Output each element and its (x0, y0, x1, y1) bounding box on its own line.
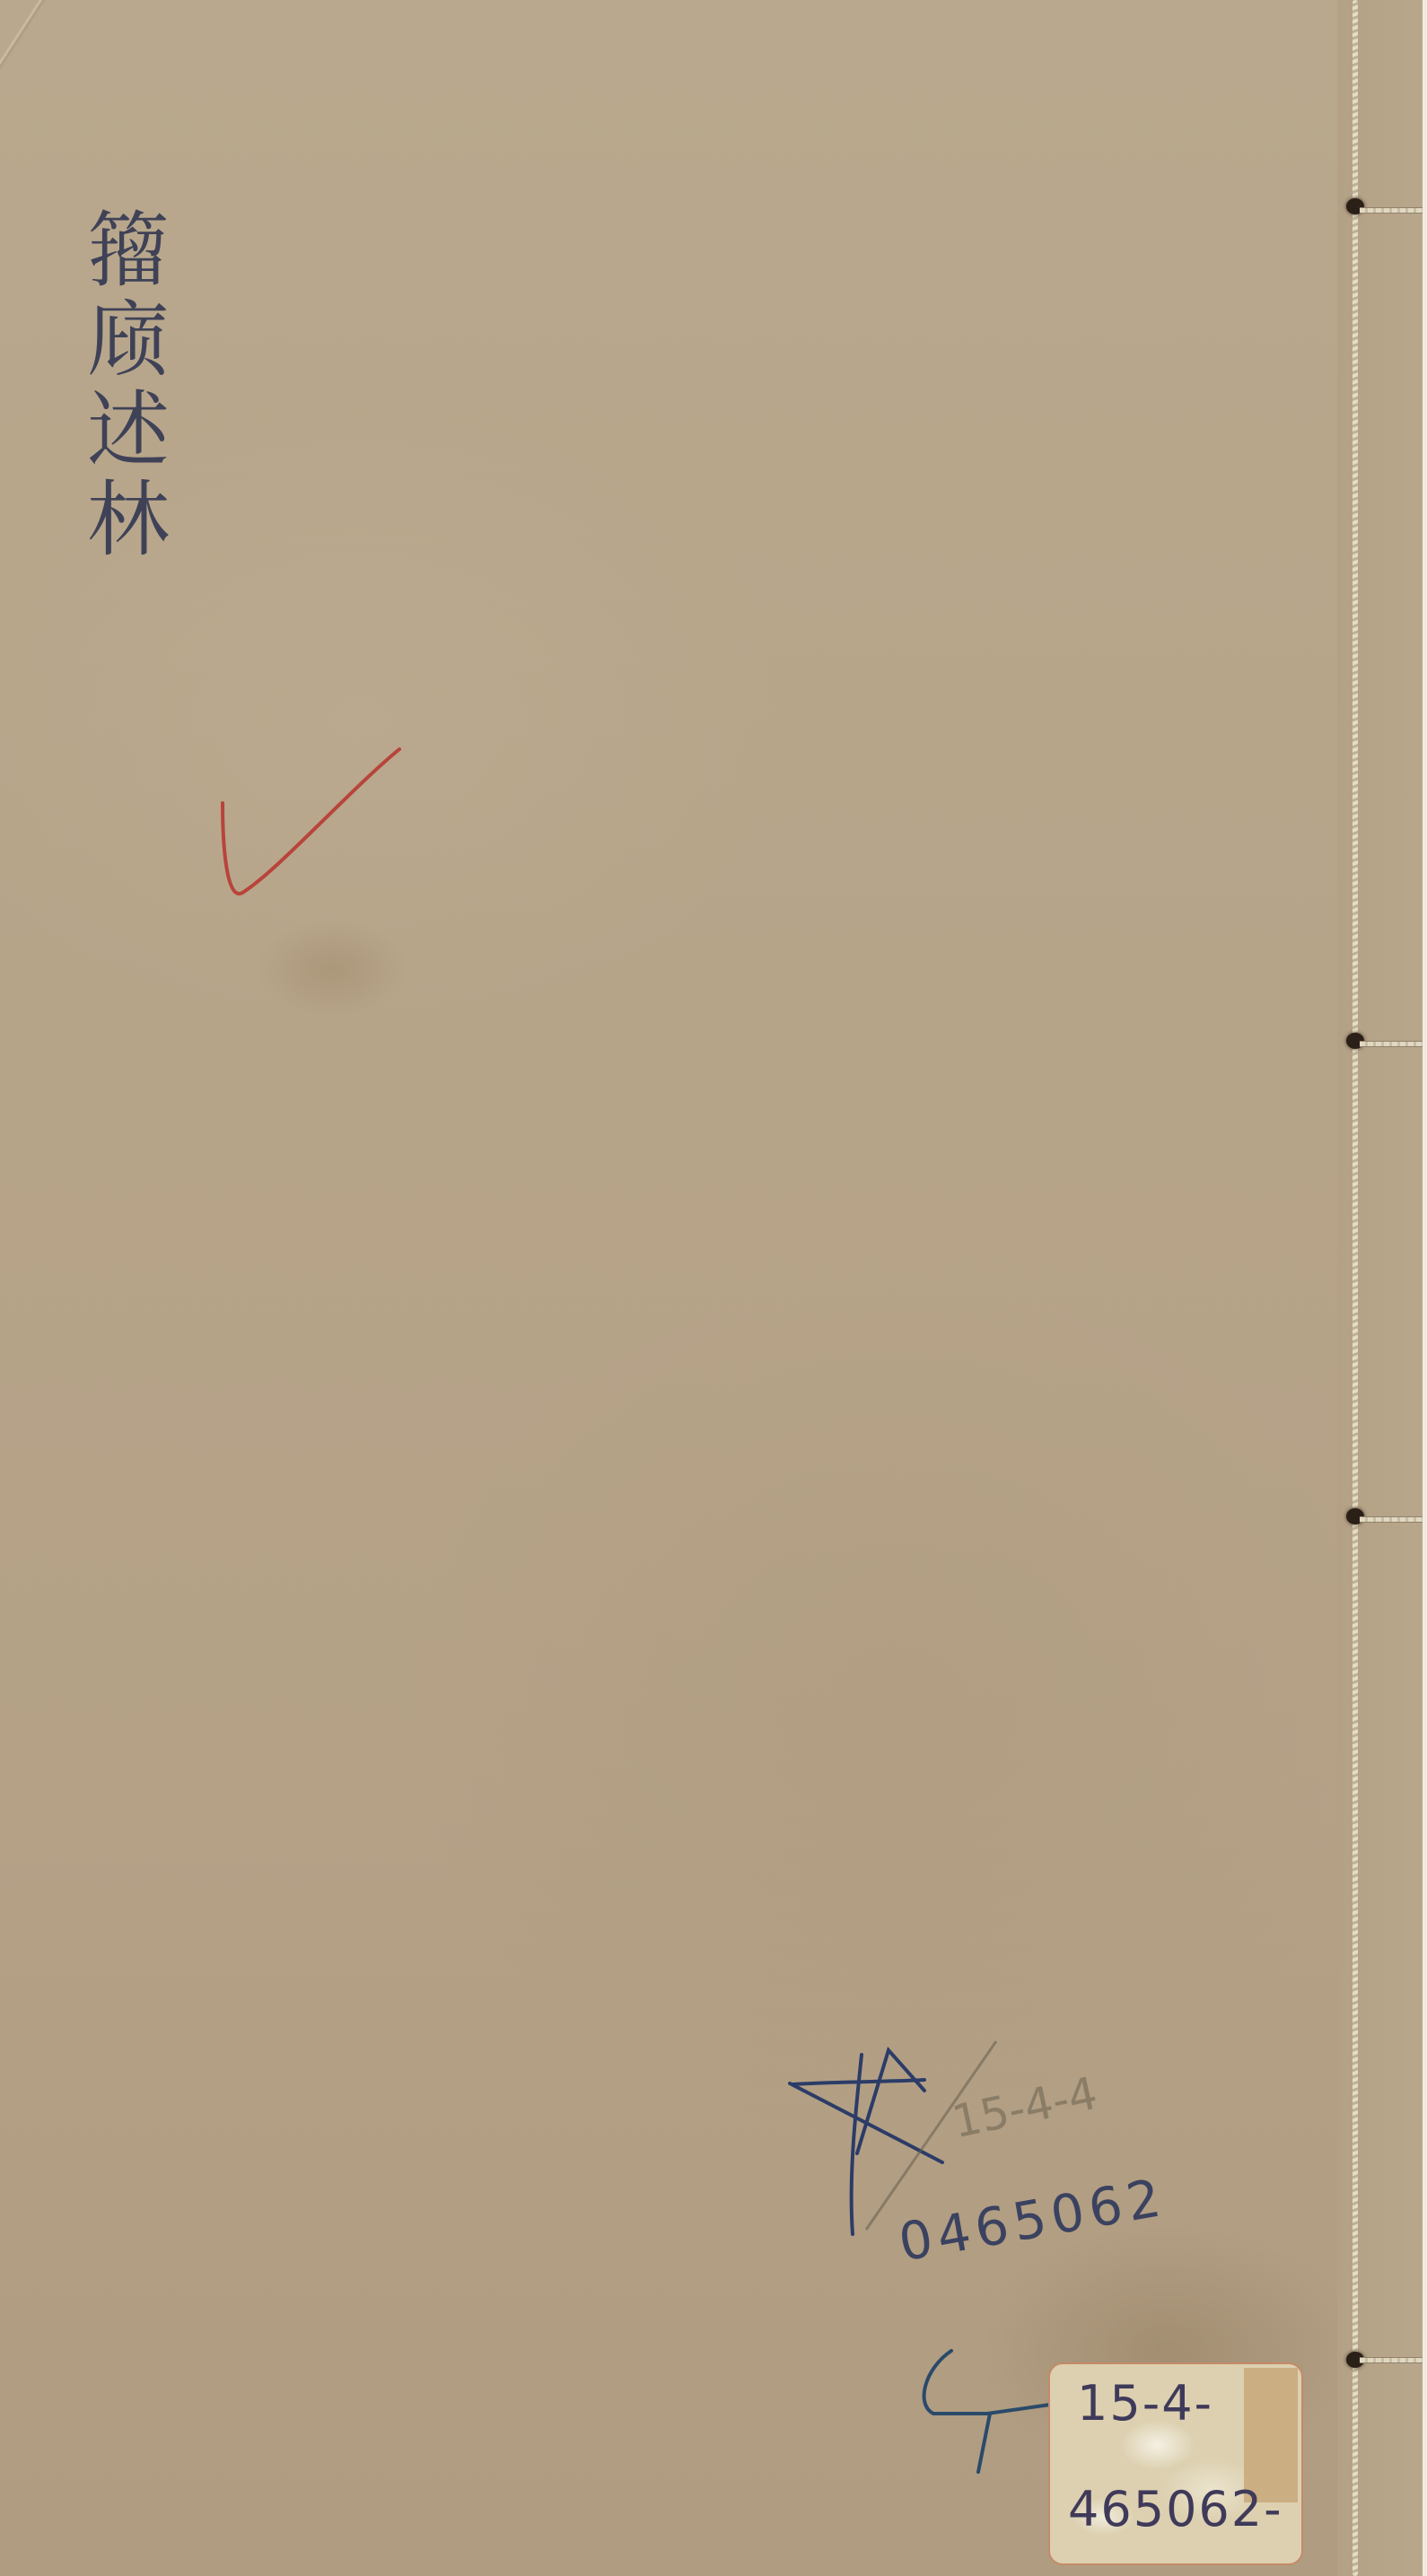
page-edge (1423, 0, 1427, 2576)
binding-thread-horizontal (1360, 1516, 1427, 1523)
label-shelf-code: 15-4- (1077, 2375, 1213, 2432)
binding-thread-vertical (1353, 0, 1358, 2576)
binding-thread-horizontal (1360, 207, 1427, 214)
red-check-mark-icon (206, 718, 422, 924)
catalog-label: 15-4- 465062- (1048, 2362, 1303, 2565)
catalog-number: 0465062 (894, 2166, 1170, 2273)
spine-margin (1337, 0, 1427, 2576)
crease-line (0, 0, 141, 118)
book-cover: 籀庼述林 15-4-4 0465062 15-4- 465062- (0, 0, 1427, 2576)
binding-thread-horizontal (1360, 2357, 1427, 2363)
handwritten-title: 籀庼述林 (72, 206, 171, 565)
pencil-shelf-code: 15-4-4 (948, 2067, 1102, 2149)
binding-thread-horizontal (1360, 1041, 1427, 1047)
label-catalog-number: 465062- (1068, 2481, 1283, 2537)
blue-star-mark-icon (0, 0, 1427, 2576)
